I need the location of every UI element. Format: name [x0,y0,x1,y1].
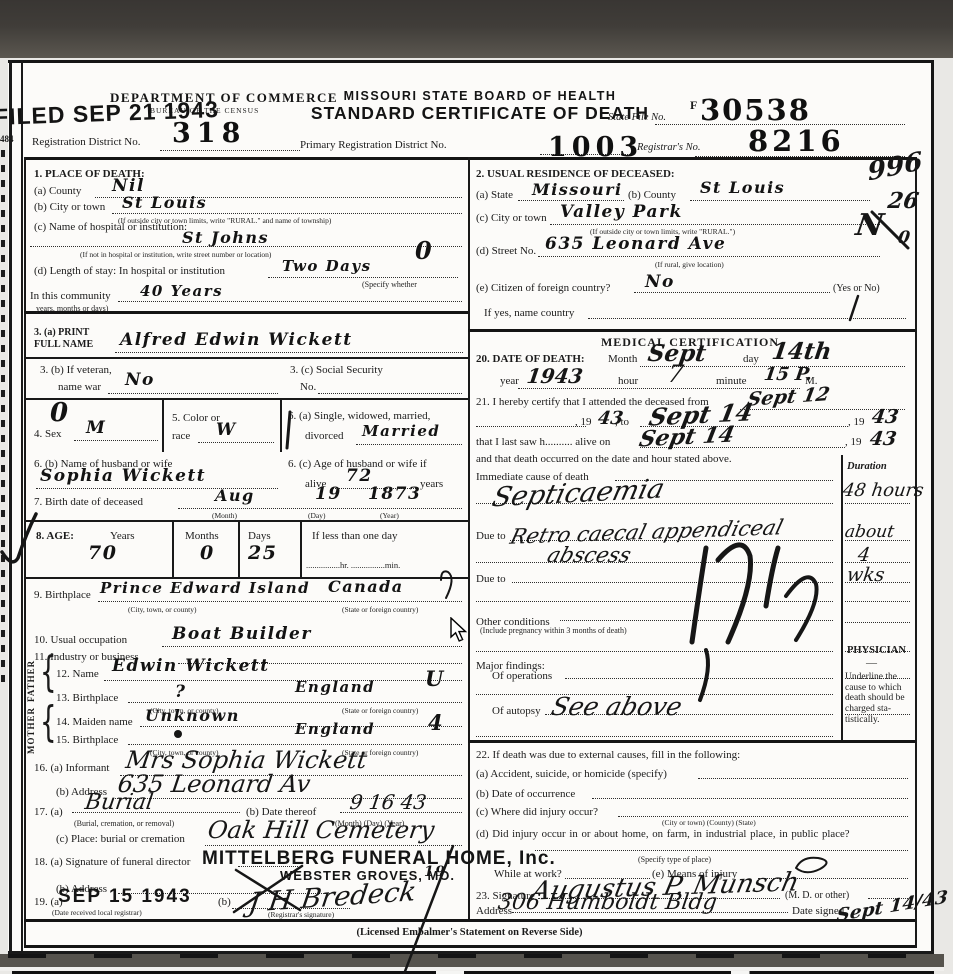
dotted-line [115,352,463,353]
race-label2: race [172,430,190,442]
burial-place-label: (c) Place: burial or cremation [56,833,185,845]
dotted-line [618,816,908,817]
hospital-margin-mark: 0 [415,236,433,265]
marital-label2: divorced [305,430,343,442]
marital-value: Married [362,422,440,440]
city-label: (b) City or town [34,201,105,213]
citizen-label: (e) Citizen of foreign country? [476,282,610,294]
accident-label: (a) Accident, suicide, or homicide (spec… [476,768,667,780]
left-margin-text-fragment [1,150,5,690]
primary-district-label: Primary Registration District No. [300,139,447,151]
mother-group-label: MOTHER [26,707,36,754]
column-divider [468,157,470,919]
last-saw-y3: 43 [868,428,898,450]
birthplace-note1: (City, town, or county) [128,605,196,614]
burial-place-value: Oak Hill Cemetery [206,816,436,844]
registrar-number-label: Registrar's No. [637,142,701,153]
attended-y2: 43 [870,406,900,428]
section2-title: 2. USUAL RESIDENCE OF DECEASED: [476,168,675,180]
scan-noise-fragments [8,954,934,958]
ssn-label2: No. [300,381,316,393]
year-note: (Year) [380,511,399,520]
last-saw-value: Sept 14 [637,422,737,453]
dotted-line [518,200,624,201]
race-label1: 5. Color or [172,412,220,424]
dod-day-value: 14th [770,338,833,365]
age-days-value: 25 [248,542,277,564]
mother-maiden-value: Unknown [145,706,240,725]
other-conditions-note: (Include pregnancy within 3 months of de… [480,626,627,635]
residence-city-value: Valley Park [560,202,683,222]
state-file-number: 30538 [700,93,811,127]
birthplace-label: 9. Birthplace [34,589,91,601]
dotted-line [128,702,462,703]
hospital-value: St Johns [182,228,269,247]
hospital-note: (If not in hospital or institution, writ… [80,250,271,259]
section-divider [24,357,468,359]
registrar-sig-label: (b) [218,896,231,908]
last-saw-19c: , 19 [845,436,862,448]
dotted-line [550,224,880,225]
dotted-line [538,256,880,257]
date-received-stamp: SEP 15 1943 [58,886,192,908]
due2-duration: wks [845,564,886,586]
external-causes-divider [468,740,915,743]
length-of-stay-label: (d) Length of stay: In hospital or insti… [34,265,225,277]
birthplace-country-value: Canada [328,577,404,596]
form-bottom-border [24,945,915,948]
residence-city-label: (c) City or town [476,212,547,224]
dotted-line [98,601,462,602]
of-operations-label: Of operations [492,670,552,682]
veteran-value: No [125,370,155,390]
physician-sidebar-title: PHYSICIAN [847,645,906,656]
mother-maiden-label: 14. Maiden name [56,716,133,728]
dotted-line [356,444,462,445]
dotted-line [104,680,462,681]
dod-year-value: 1943 [525,364,584,388]
dotted-line [634,292,830,293]
sex-margin-mark: 0 [50,398,70,428]
birthdate-month: Aug [215,486,255,505]
sex-value: M [86,418,106,438]
disposal-date-value: 9 16 43 [348,790,428,814]
funeral-director-label: 18. (a) Signature of funeral director [34,856,190,868]
registration-district-label: Registration District No. [32,136,140,148]
community-note: years, months or days) [36,304,108,313]
physician-sidebar-note: Underline the cause to which death shoul… [845,672,913,725]
dotted-line [162,646,462,647]
informant-label: 16. (a) Informant [34,762,109,774]
dotted-line [845,622,910,623]
birthplace-note2: (State or foreign country) [342,605,418,614]
mother-birthplace-label: 15. Birthplace [56,734,118,746]
dotted-line [178,508,462,509]
primary-district-number: 1003 [548,132,643,163]
age-label: 8. AGE: [36,530,74,542]
physician-address-value: 306 Humboldt Bldg [496,890,718,915]
dotted-line [198,442,274,443]
race-value: W [216,420,237,440]
age-days-header: Days [248,530,271,542]
month-note: (Month) [212,511,237,520]
form-number: 484 [0,134,14,144]
disposal-value: Burial [83,790,155,815]
where-injury-note: (City or town) (County) (State) [662,818,756,827]
age-months-value: 0 [200,542,215,564]
death-occurred-line: and that death occurred on the date and … [476,453,732,465]
dotted-line [112,213,462,214]
form-left-border [24,157,26,948]
medical-section-divider [468,329,915,332]
form-right-border [915,157,917,948]
dod-day-label: day [743,353,759,365]
street-label: (d) Street No. [476,245,536,257]
full-name-label1: 3. (a) PRINT [34,327,89,338]
age-years-value: 70 [88,542,117,564]
of-autopsy-label: Of autopsy [492,705,541,717]
registration-district-number: 318 [172,118,246,149]
full-name-value: Alfred Edwin Wickett [120,330,353,350]
state-file-label: State File No. [608,112,666,123]
dotted-line [535,850,908,851]
external-causes-title: 22. If death was due to external causes,… [476,749,740,761]
due1-duration-a: about [844,522,896,542]
citizen-value: No [645,272,675,292]
cell-divider [300,522,302,578]
dotted-line [476,601,833,602]
cell-divider [238,522,240,578]
father-bp-note2: (State or foreign country) [342,706,418,715]
dotted-line [318,393,462,394]
birthdate-year: 1873 [368,484,421,504]
disposal-label: 17. (a) [34,806,63,818]
dotted-line [74,440,158,441]
street-value: 635 Leonard Ave [545,234,726,254]
dotted-line [476,651,833,652]
birthplace-value: Prince Edward Island [100,579,310,597]
ssn-label1: 3. (c) Social Security [290,364,383,376]
community-label: In this community [30,290,111,302]
occupation-value: Boat Builder [172,624,312,644]
state-file-prefix-mark: F [690,98,697,113]
father-birthplace-country: England [295,678,375,696]
street-note: (If rural, give location) [655,260,724,269]
cell-divider [172,522,174,578]
occupation-label: 10. Usual occupation [34,634,127,646]
dotted-line [845,562,910,563]
mouse-cursor [450,617,472,643]
dotted-line [476,736,833,737]
dotted-line [690,200,870,201]
age-months-header: Months [185,530,219,542]
hospital-label: (c) Name of hospital or institution: [34,221,187,233]
due-to-1-value2: abscess [545,543,634,567]
birthdate-label: 7. Birth date of deceased [34,496,143,508]
father-name-label: 12. Name [56,668,99,680]
spouse-age-suffix: years [420,478,443,490]
injury-place-label: (d) Did injury occur in or about home, o… [476,828,850,840]
age-hr-min: ................hr. ................min. [306,560,400,570]
length-of-stay-note: (Specify whether [362,280,417,289]
page-edge-line [9,60,12,953]
city-value: St Louis [122,193,207,212]
dotted-line [588,318,906,319]
dotted-line [108,393,278,394]
veteran-label1: 3. (b) If veteran, [40,364,112,376]
age-years-header: Years [110,530,135,542]
dotted-line [512,582,833,583]
cause-duration-value: 48 hours [842,480,925,501]
dotted-line [845,601,910,602]
residence-county-value: St Louis [700,178,785,197]
dotted-line [268,277,458,278]
residence-county-label: (b) County [628,189,676,201]
dotted-line [560,620,833,621]
veteran-label2: name war [58,381,101,393]
due-to-1-label: Due to [476,530,506,542]
spouse-name-value: Sophia Wickett [40,466,206,486]
attended-to-label: , to [615,416,629,428]
residence-state-value: Missouri [532,180,623,199]
window-titlebar [0,0,953,58]
registrar-sig-note: (Registrar's signature) [268,910,334,919]
form-bottom-divider [24,919,915,922]
cell-divider [280,400,282,452]
funeral-home-stamp-line1: MITTELBERG FUNERAL HOME, Inc. [202,848,556,870]
dotted-line [592,798,908,799]
dotted-line [698,778,908,779]
marital-label1: 6. (a) Single, widowed, married, [288,410,430,422]
last-saw-line: that I last saw h.......... alive on [476,436,610,448]
dod-minute-label: minute [716,375,747,387]
where-injury-label: (c) Where did injury occur? [476,806,598,818]
father-brace: { [40,649,57,697]
father-group-label: FATHER [26,660,36,702]
cell-divider [162,400,164,452]
dod-year-label: year [500,375,519,387]
dotted-line [205,845,462,846]
father-birthplace-value: ? [175,682,186,702]
registrar-number: 8216 [748,124,845,158]
corner-scribble-26: 26 [886,188,920,214]
mother-brace: { [40,699,57,747]
citizen-note: (Yes or No) [833,283,880,294]
attended-19b: , 19 [848,416,865,428]
dotted-line [565,678,833,679]
dotted-line [118,301,462,302]
day-note: (Day) [308,511,326,520]
father-birthplace-label: 13. Birthplace [56,692,118,704]
father-birthplace-mark: U [425,666,445,691]
dotted-line [845,503,910,504]
dod-month-label: Month [608,353,637,365]
injury-place-note: (Specify type of place) [638,855,711,864]
corner-scribble-N: N [854,208,886,243]
due-to-2-label: Due to [476,573,506,585]
birthdate-day: 19 [315,484,342,504]
embalmer-footer: (Licensed Embalmer's Statement on Revers… [24,927,915,938]
full-name-label2: FULL NAME [34,339,93,350]
board-title: MISSOURI STATE BOARD OF HEALTH [295,89,665,103]
dod-hour-label: hour [618,375,638,387]
mother-birthplace-country: England [295,720,375,738]
section-divider [24,520,468,522]
dotted-line [476,426,586,427]
duration-header: Duration [847,461,887,472]
dotted-line [160,150,300,151]
sex-label: 4. Sex [34,428,62,440]
md-or-other-note: (M. D. or other) [785,890,849,901]
name-country-label: If yes, name country [484,307,574,319]
spouse-age-value: 72 [346,466,373,486]
page-edge-line [21,60,23,953]
length-of-stay-value: Two Days [282,257,372,275]
attended-19a: , 19 [575,416,592,428]
dotted-line [476,562,833,563]
of-autopsy-value: See above [548,692,685,721]
age-less-header: If less than one day [312,530,398,542]
section-divider [24,398,468,400]
date-occurrence-label: (b) Date of occurrence [476,788,575,800]
father-name-value: Edwin Wickett [112,656,270,676]
physician-sidebar-dash: — [866,657,877,669]
community-value: 40 Years [140,282,223,300]
mother-birthplace-mark: 4 [428,710,444,735]
disposal-note: (Burial, cremation, or removal) [74,819,174,828]
dotted-line [128,744,462,745]
date-received-note: (Date received local registrar) [52,908,142,917]
residence-state-label: (a) State [476,189,513,201]
county-label: (a) County [34,185,81,197]
screenshot-stage: DEPARTMENT OF COMMERCE BUREAU OF THE CEN… [0,0,953,974]
